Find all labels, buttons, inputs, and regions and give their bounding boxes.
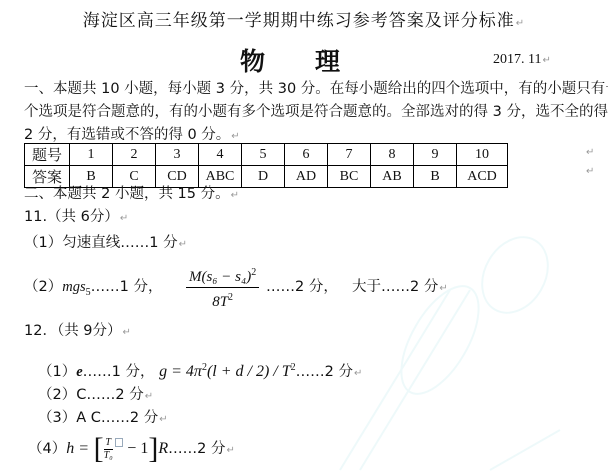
paragraph-mark-icon: ↵ (145, 391, 153, 402)
paragraph-mark-icon: ↵ (120, 213, 128, 224)
paragraph-mark-icon: ↵ (586, 147, 594, 158)
q11-formula-fraction: M(s₆ − s₄)2 8T2 (186, 263, 259, 312)
answer-cell: BC (328, 166, 371, 188)
q11-part2-text3: 大于……2 分↵ (352, 276, 448, 300)
paragraph-mark-icon: ↵ (439, 283, 447, 294)
paragraph-mark-icon: ↵ (179, 239, 187, 250)
q12-part2: （2）C……2 分↵ (38, 384, 153, 408)
answer-cell: ACD (457, 166, 508, 188)
q11-part2-score2: ……2 分， (266, 276, 338, 299)
question-number: 2 (113, 144, 156, 166)
q12-part3: （3）A C……2 分↵ (38, 407, 168, 431)
subject-heading: 物理 (240, 42, 342, 78)
answer-cell: D (242, 166, 285, 188)
answer-cell: AB (371, 166, 414, 188)
q12-heading: 12．（共 9分）↵ (24, 320, 131, 344)
left-bracket: [ (94, 432, 104, 465)
question-number: 9 (414, 144, 457, 166)
answer-table: 题号 1 2 3 4 5 6 7 8 9 10 答案 B C CD ABC D … (24, 143, 508, 188)
paragraph-mark-icon: ↵ (354, 368, 362, 379)
watermark-logo (330, 230, 608, 475)
question-number: 10 (457, 144, 508, 166)
paragraph-mark-icon: ↵ (231, 190, 239, 201)
document-title: 海淀区高三年级第一学期期中练习参考答案及评分标准↵ (0, 6, 608, 31)
answer-cell: B (414, 166, 457, 188)
row-header: 题号 (25, 144, 70, 166)
paragraph-mark-icon: ↵ (542, 55, 550, 66)
right-bracket: ] (148, 432, 158, 465)
missing-glyph-icon (115, 438, 123, 447)
question-number: 1 (70, 144, 113, 166)
q11-heading: 11.（共 6分）↵ (24, 206, 128, 230)
section2-heading: 二、本题共 2 小题，共 15 分。↵ (24, 183, 239, 207)
paragraph-mark-icon: ↵ (226, 445, 234, 456)
q11-part2: （2）mgs5……1 分， (24, 276, 162, 304)
q11-part1: （1）匀速直线……1 分↵ (24, 232, 187, 256)
table-row-questions: 题号 1 2 3 4 5 6 7 8 9 10 (25, 144, 508, 166)
q12-part4: （4）h = [TT₀ − 1]R……2 分↵ (28, 432, 235, 468)
exam-date: 2017. 11↵ (493, 52, 551, 68)
answer-cell: AD (285, 166, 328, 188)
paragraph-mark-icon: ↵ (123, 327, 131, 338)
paragraph-mark-icon: ↵ (159, 414, 167, 425)
section1-instructions-line1: 一、本题共 10 小题，每小题 3 分，共 30 分。在每小题给出的四个选项中，… (24, 78, 608, 101)
paragraph-mark-icon: ↵ (231, 131, 239, 142)
question-number: 4 (199, 144, 242, 166)
question-number: 8 (371, 144, 414, 166)
question-number: 3 (156, 144, 199, 166)
question-number: 5 (242, 144, 285, 166)
paragraph-mark-icon: ↵ (586, 166, 594, 177)
q12-part1: （1）e……1 分， g = 4π2(l + d / 2) / T2……2 分↵ (38, 356, 362, 385)
section1-instructions-line2: 个选项是符合题意的，有的小题有多个选项是符合题意的。全部选对的得 3 分，选不全… (24, 101, 608, 124)
question-number: 7 (328, 144, 371, 166)
paragraph-mark-icon: ↵ (516, 18, 525, 29)
question-number: 6 (285, 144, 328, 166)
